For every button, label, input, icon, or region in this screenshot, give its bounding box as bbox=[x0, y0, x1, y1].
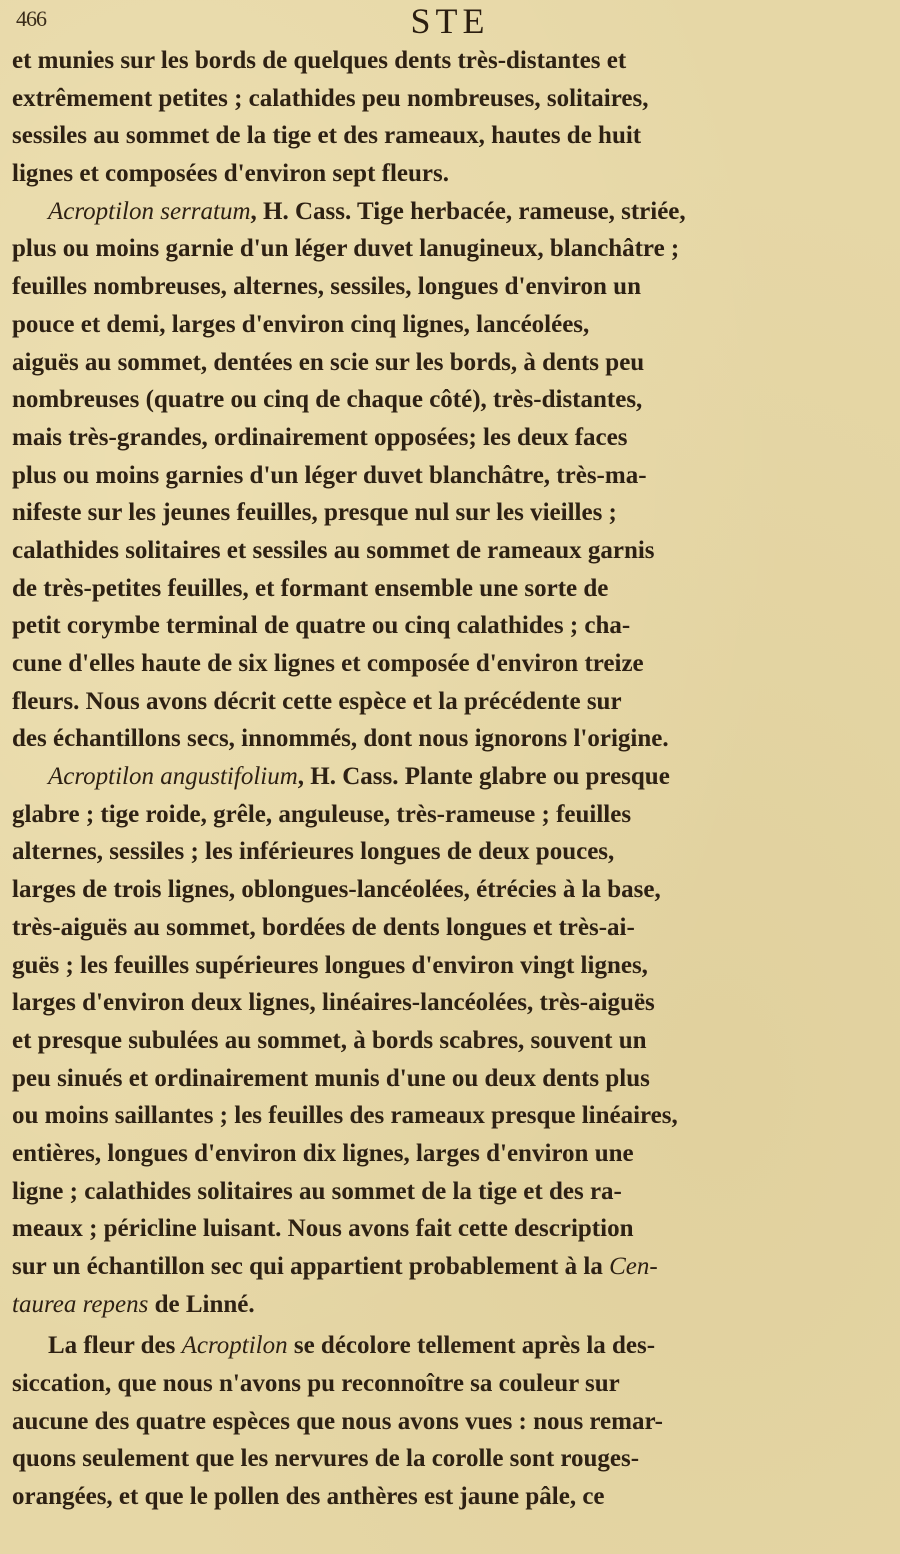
text-line: sessiles au sommet de la tige et des ram… bbox=[12, 117, 888, 155]
text-line: sur un échantillon sec qui appartient pr… bbox=[12, 1248, 888, 1286]
text-line: orangées, et que le pollen des anthères … bbox=[12, 1478, 888, 1516]
text-line: fleurs. Nous avons décrit cette espèce e… bbox=[12, 683, 888, 721]
text-line: taurea repens de Linné. bbox=[12, 1286, 888, 1324]
book-page: 466 STE et munies sur les bords de quelq… bbox=[0, 0, 900, 1554]
text-line: guës ; les feuilles supérieures longues … bbox=[12, 947, 888, 985]
text-line: plus ou moins garnie d'un léger duvet la… bbox=[12, 230, 888, 268]
page-header: 466 STE bbox=[0, 0, 900, 42]
text-line: Acroptilon serratum, H. Cass. Tige herba… bbox=[12, 193, 888, 231]
text-line: larges d'environ deux lignes, linéaires-… bbox=[12, 984, 888, 1022]
text-line: et presque subulées au sommet, à bords s… bbox=[12, 1022, 888, 1060]
species-name: Acroptilon angustifolium bbox=[48, 763, 298, 790]
text-line: peu sinués et ordinairement munis d'une … bbox=[12, 1060, 888, 1098]
text-line: pouce et demi, larges d'environ cinq lig… bbox=[12, 306, 888, 344]
text-line: siccation, que nous n'avons pu reconnoît… bbox=[12, 1365, 888, 1403]
text-line: et munies sur les bords de quelques dent… bbox=[12, 42, 888, 80]
text-line: glabre ; tige roide, grêle, anguleuse, t… bbox=[12, 796, 888, 834]
species-name: Acroptilon serratum bbox=[48, 198, 251, 225]
text-line: mais très-grandes, ordinairement opposée… bbox=[12, 419, 888, 457]
text-line: petit corymbe terminal de quatre ou cinq… bbox=[12, 607, 888, 645]
text-line: très-aiguës au sommet, bordées de dents … bbox=[12, 909, 888, 947]
text-line: ou moins saillantes ; les feuilles des r… bbox=[12, 1097, 888, 1135]
text-line: quons seulement que les nervures de la c… bbox=[12, 1440, 888, 1478]
text-line: de très-petites feuilles, et formant ens… bbox=[12, 570, 888, 608]
genus-name: Acroptilon bbox=[182, 1332, 288, 1359]
text-line: nombreuses (quatre ou cinq de chaque côt… bbox=[12, 381, 888, 419]
text-line: La fleur des Acroptilon se décolore tell… bbox=[12, 1327, 888, 1365]
body-text: et munies sur les bords de quelques dent… bbox=[12, 42, 888, 1516]
paragraph-flower-color-note: La fleur des Acroptilon se décolore tell… bbox=[12, 1327, 888, 1515]
text-line: alternes, sessiles ; les inférieures lon… bbox=[12, 833, 888, 871]
paragraph-acroptilon-serratum: Acroptilon serratum, H. Cass. Tige herba… bbox=[12, 193, 888, 758]
text-line: ligne ; calathides solitaires au sommet … bbox=[12, 1173, 888, 1211]
text-line: aiguës au sommet, dentées en scie sur le… bbox=[12, 344, 888, 382]
paragraph-continuation: et munies sur les bords de quelques dent… bbox=[12, 42, 888, 193]
text-line: des échantillons secs, innommés, dont no… bbox=[12, 720, 888, 758]
text-line: plus ou moins garnies d'un léger duvet b… bbox=[12, 457, 888, 495]
species-name: Cen- bbox=[609, 1253, 658, 1280]
text-line: feuilles nombreuses, alternes, sessiles,… bbox=[12, 268, 888, 306]
running-head: STE bbox=[0, 0, 900, 42]
species-name: taurea repens bbox=[12, 1291, 148, 1318]
text-line: calathides solitaires et sessiles au som… bbox=[12, 532, 888, 570]
text-line: cune d'elles haute de six lignes et comp… bbox=[12, 645, 888, 683]
text-line: larges de trois lignes, oblongues-lancéo… bbox=[12, 871, 888, 909]
text-line: lignes et composées d'environ sept fleur… bbox=[12, 155, 888, 193]
text-line: entières, longues d'environ dix lignes, … bbox=[12, 1135, 888, 1173]
paragraph-acroptilon-angustifolium: Acroptilon angustifolium, H. Cass. Plant… bbox=[12, 758, 888, 1323]
text-line: aucune des quatre espèces que nous avons… bbox=[12, 1403, 888, 1441]
text-line: meaux ; péricline luisant. Nous avons fa… bbox=[12, 1210, 888, 1248]
text-line: Acroptilon angustifolium, H. Cass. Plant… bbox=[12, 758, 888, 796]
text-line: nifeste sur les jeunes feuilles, presque… bbox=[12, 494, 888, 532]
text-line: extrêmement petites ; calathides peu nom… bbox=[12, 80, 888, 118]
